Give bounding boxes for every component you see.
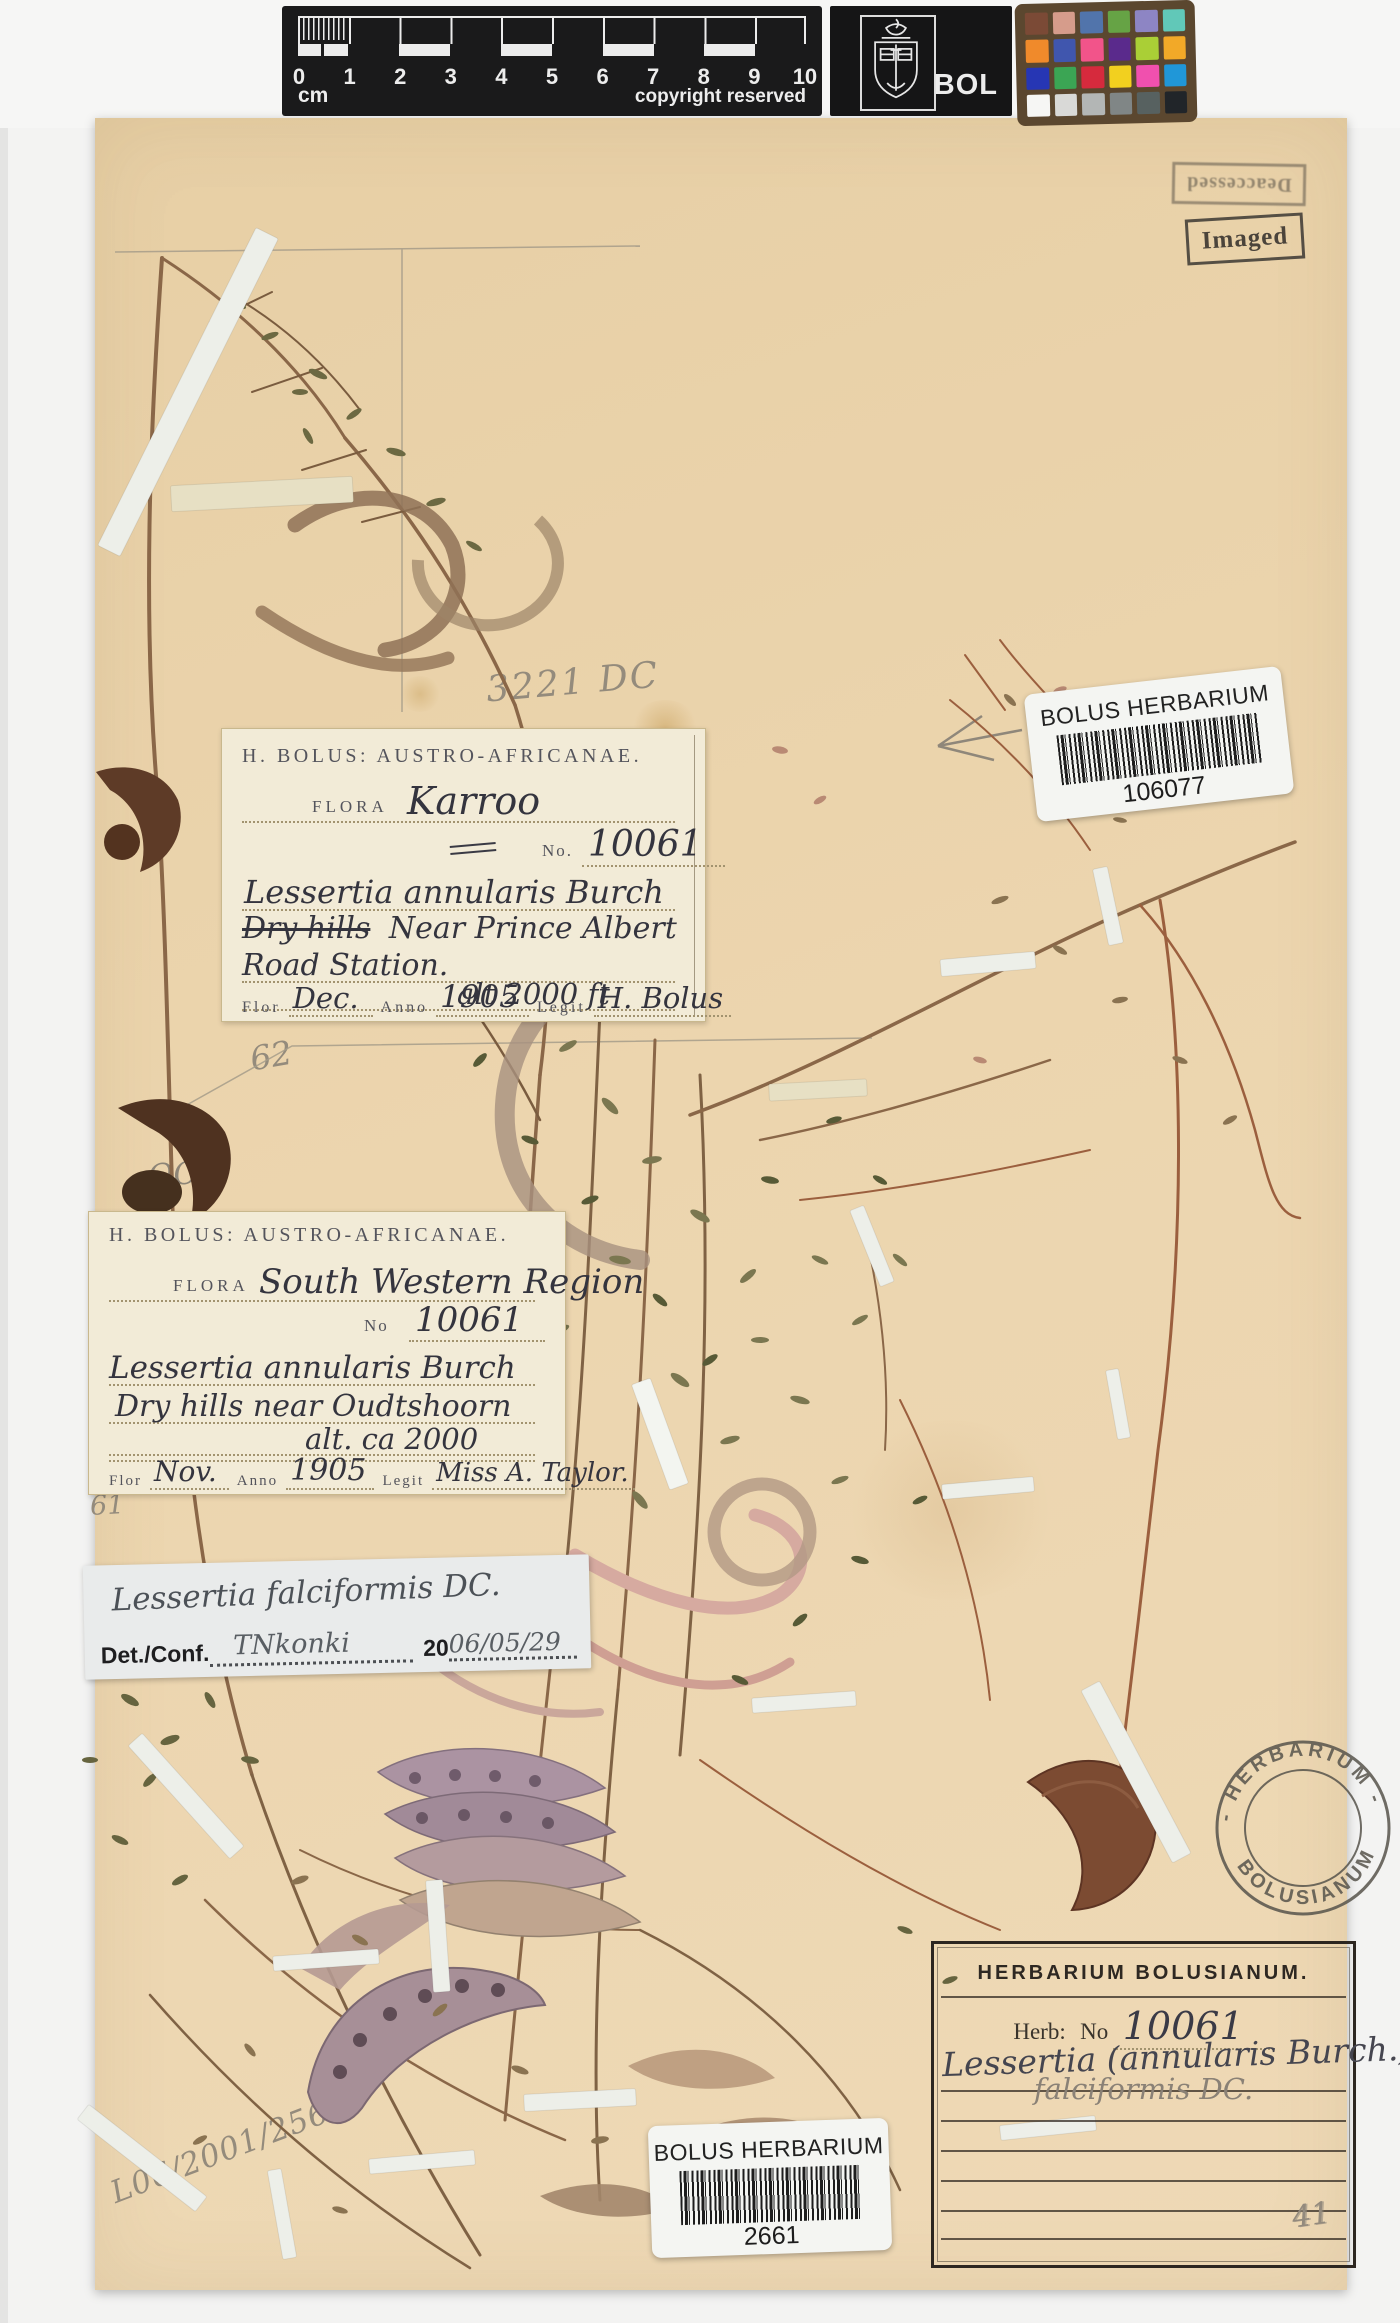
altitude-row: alt. ca 2000 — [109, 1420, 535, 1456]
det-row: Det./Conf. TNkonki 20 06/05/29 — [100, 1626, 577, 1670]
anno-label: Anno — [237, 1473, 278, 1490]
ruler-block — [704, 44, 755, 56]
color-swatch — [1136, 64, 1159, 87]
color-swatch — [1163, 36, 1186, 59]
anno-value: 1905 — [286, 1453, 374, 1490]
uct-crest-icon — [860, 15, 936, 111]
locality-struck: Dry hills — [242, 911, 370, 946]
herb-species-pencil: falciformis DC. — [934, 2072, 1353, 2106]
legit-label: Legit — [382, 1473, 424, 1490]
no-label: No — [364, 1316, 389, 1336]
ruler-number: 4 — [488, 64, 514, 90]
equals-mark — [450, 842, 497, 855]
determination-label: Lessertia falciformis DC. Det./Conf. TNk… — [83, 1554, 591, 1679]
anno-label: Anno — [381, 999, 429, 1017]
collection-label-swr: H. BOLUS: AUSTRO-AFRICANAE. FLORA South … — [88, 1211, 566, 1495]
flora-row: FLORA South Western Region — [109, 1256, 535, 1302]
label-frame-rule — [694, 735, 695, 1015]
pencil-note-oca: OCA — [147, 1154, 221, 1195]
number-row: No 10061 — [109, 1304, 535, 1340]
ruled-line — [941, 2180, 1346, 2182]
determiner-name: TNkonki — [233, 1628, 350, 1662]
flor-label: Flor — [109, 1473, 142, 1490]
color-swatch — [1135, 10, 1158, 33]
color-swatch — [1054, 93, 1077, 116]
svg-text:BOLUSIANUM: BOLUSIANUM — [1231, 1842, 1385, 1917]
collection-data-row: Flor Dec. Anno 1905 Legit H. Bolus — [242, 983, 675, 1017]
flor-value: Nov. — [150, 1455, 229, 1490]
color-swatch — [1162, 9, 1185, 32]
ruler-block — [324, 44, 348, 56]
det-date-century: 20 — [423, 1634, 449, 1662]
color-swatch — [1027, 94, 1050, 117]
herbarium-specimen-photo: 0 1 2 3 4 5 6 7 8 9 10 cm copyright rese… — [0, 0, 1400, 2323]
color-swatch — [1026, 67, 1049, 90]
pencil-number-41: 41 — [1290, 2196, 1333, 2236]
color-swatch — [1137, 91, 1160, 114]
legit-value: H. Bolus — [594, 981, 731, 1017]
altitude-value: alt. ca 2000 — [305, 1422, 478, 1456]
color-swatch — [1054, 66, 1077, 89]
anno-value: 1905 — [436, 979, 529, 1017]
locality-row: Dry hills near Oudtshoorn — [109, 1384, 535, 1424]
no-label: No. — [542, 841, 573, 861]
flor-label: Flor — [242, 999, 281, 1017]
color-swatch — [1052, 12, 1075, 35]
det-prefix: Det./Conf. — [101, 1640, 210, 1669]
copyright-label: copyright reserved — [635, 86, 806, 108]
ruler-cm-scale — [298, 16, 806, 44]
ruled-line — [941, 2150, 1346, 2152]
herbarium-bolusianum-label: HERBARIUM BOLUSIANUM. Herb: No 10061 Les… — [931, 1941, 1356, 2268]
color-swatch — [1164, 64, 1187, 87]
species-row: Lessertia annularis Burch — [242, 869, 675, 911]
pencil-note-62: 62 — [247, 1033, 295, 1079]
color-swatch — [1109, 65, 1132, 88]
barcode-label-bottom: BOLUS HERBARIUM 2661 — [648, 2118, 892, 2258]
flora-value: Karroo — [407, 779, 540, 823]
barcode-title: BOLUS HERBARIUM — [648, 2132, 889, 2167]
imaged-stamp: Imaged — [1185, 212, 1306, 265]
herbarium-label-title: HERBARIUM BOLUSIANUM. — [934, 1962, 1353, 1985]
collection-data-row: Flor Nov. Anno 1905 Legit Miss A. Taylor… — [109, 1456, 535, 1490]
bol-logo-text: BOL — [934, 69, 998, 102]
ruled-line — [941, 2120, 1346, 2122]
deaccessed-stamp: Deaccessed — [1172, 162, 1307, 206]
color-swatch — [1080, 11, 1103, 34]
ruled-line — [941, 2210, 1346, 2212]
legit-label: Legit — [537, 999, 586, 1017]
number-row: No. 10061 — [242, 827, 675, 865]
species-row: Lessertia annularis Burch — [109, 1344, 535, 1386]
color-swatch — [1164, 91, 1187, 114]
color-swatch — [1109, 92, 1132, 115]
ruled-line — [941, 2238, 1346, 2240]
color-swatch — [1080, 38, 1103, 61]
ruler-number: 5 — [539, 64, 565, 90]
no-value: 10061 — [582, 824, 725, 867]
species-name: Lessertia annularis Burch — [244, 873, 664, 911]
collection-label-karroo: H. BOLUS: AUSTRO-AFRICANAE. FLORA Karroo… — [221, 728, 706, 1022]
det-date-line: 06/05/29 — [448, 1626, 577, 1662]
color-swatch — [1107, 10, 1130, 33]
color-swatch — [1082, 93, 1105, 116]
color-swatch — [1025, 40, 1048, 63]
species-name: Lessertia annularis Burch — [109, 1350, 516, 1386]
color-swatch — [1025, 12, 1048, 35]
flora-row: FLORA Karroo — [242, 779, 675, 823]
locality-text: Dry hills near Oudtshoorn — [115, 1389, 511, 1424]
det-date-value: 06/05/29 — [448, 1627, 561, 1659]
round-stamp-top-text: - HERBARIUM - — [1213, 1738, 1389, 1825]
color-swatch — [1053, 39, 1076, 62]
label-header: H. BOLUS: AUSTRO-AFRICANAE. — [242, 745, 675, 768]
ruled-line — [941, 1996, 1346, 1998]
bol-logo-panel: BOL — [830, 6, 1012, 116]
det-name-line: TNkonki — [209, 1629, 413, 1667]
ruler-number: 1 — [337, 64, 363, 90]
label-header: H. BOLUS: AUSTRO-AFRICANAE. — [109, 1224, 535, 1247]
ruler-block — [399, 44, 450, 56]
color-swatch — [1081, 66, 1104, 89]
flor-value: Dec. — [289, 981, 373, 1017]
det-species-name: Lessertia falciformis DC. — [111, 1567, 501, 1619]
legit-value: Miss A. Taylor. — [432, 1458, 635, 1490]
ruler-block — [298, 44, 321, 56]
round-stamp-bottom-text: BOLUSIANUM — [1231, 1842, 1385, 1917]
scale-ruler: 0 1 2 3 4 5 6 7 8 9 10 cm copyright rese… — [282, 6, 822, 116]
flora-label: FLORA — [173, 1276, 249, 1296]
color-checker-chart — [1015, 0, 1198, 126]
locality-row: Dry hills Near Prince Albert — [242, 911, 675, 949]
round-herbarium-stamp: - HERBARIUM - BOLUSIANUM — [1213, 1738, 1393, 1918]
no-value: 10061 — [409, 1300, 545, 1342]
color-swatch — [1108, 38, 1131, 61]
ruler-unit-label: cm — [298, 84, 328, 108]
ruler-number: 3 — [438, 64, 464, 90]
ruler-block — [603, 44, 654, 56]
color-swatch — [1135, 37, 1158, 60]
flora-value: South Western Region — [259, 1262, 644, 1302]
locality-text: Near Prince Albert — [389, 911, 677, 946]
flora-label: FLORA — [312, 797, 388, 817]
barcode-icon — [679, 2165, 861, 2225]
ruler-number: 2 — [387, 64, 413, 90]
ruler-block — [501, 44, 552, 56]
svg-text:- HERBARIUM -: - HERBARIUM - — [1213, 1738, 1389, 1825]
ruler-mm-hatch — [298, 16, 348, 40]
ruler-number: 6 — [590, 64, 616, 90]
